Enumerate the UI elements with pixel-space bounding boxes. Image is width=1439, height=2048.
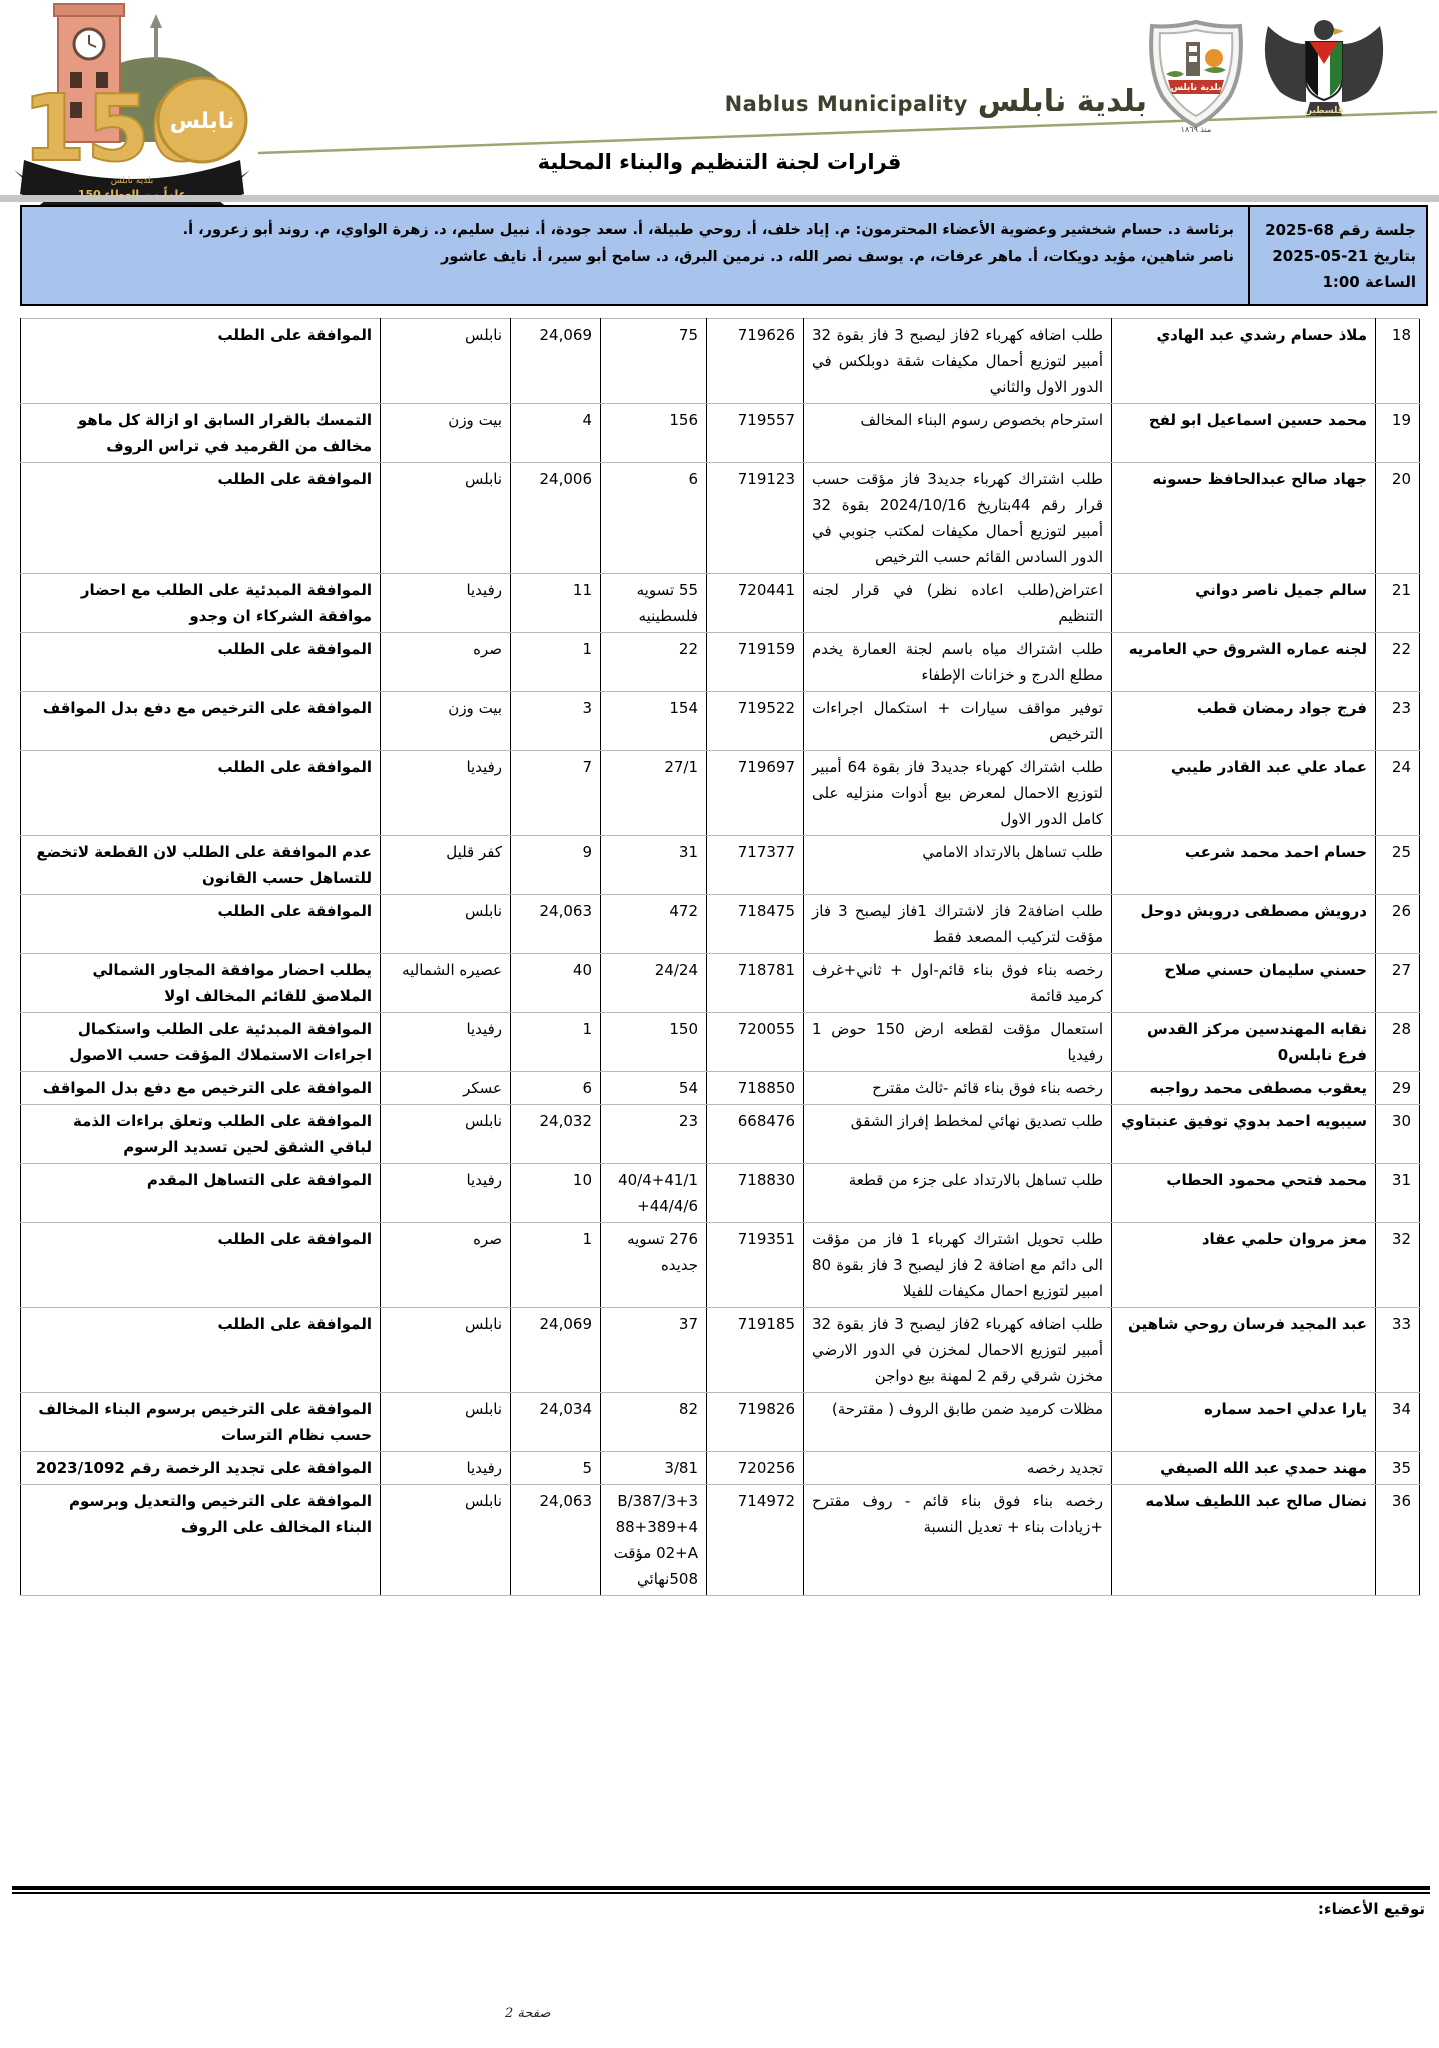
decision-text: الموافقة على الترخيص مع دفع بدل المواقف: [21, 692, 381, 751]
request-text: توفير مواقف سيارات + استكمال اجراءات الت…: [804, 692, 1112, 751]
decision-text: الموافقة على الطلب: [21, 633, 381, 692]
eagle-right-wing: [1265, 26, 1306, 102]
row-number: 34: [1376, 1393, 1420, 1452]
row-number: 19: [1376, 404, 1420, 463]
applicant-name: يارا عدلي احمد سماره: [1112, 1393, 1376, 1452]
application-number: 719351: [707, 1223, 804, 1308]
row-number: 35: [1376, 1452, 1420, 1485]
session-members: برئاسة د. حسام شخشير وعضوية الأعضاء المح…: [22, 207, 1248, 304]
request-text: اعتراض(طلب اعاده نظر) في قرار لجنه التنظ…: [804, 574, 1112, 633]
table-row: 31 محمد فتحي محمود الحطاب طلب تساهل بالا…: [21, 1164, 1420, 1223]
location-name: صره: [381, 1223, 511, 1308]
request-text: طلب تساهل بالارتداد على جزء من قطعة: [804, 1164, 1112, 1223]
decision-text: الموافقة على الترخيص مع دفع بدل المواقف: [21, 1072, 381, 1105]
plot-number: 40/4+41/1+44/4/6: [601, 1164, 707, 1223]
separator-band: [0, 195, 1439, 202]
location-name: كفر قليل: [381, 836, 511, 895]
application-number: 720055: [707, 1013, 804, 1072]
emblem-banner-text: فلسطين: [1304, 106, 1343, 116]
row-number: 27: [1376, 954, 1420, 1013]
decisions-table-wrap: 18 ملاذ حسام رشدي عبد الهادي طلب اضافه ك…: [20, 318, 1419, 1596]
request-text: استعمال مؤقت لقطعه ارض 150 حوض 1 رفيديا: [804, 1013, 1112, 1072]
request-text: طلب اضافة2 فاز لاشتراك 1فاز ليصبح 3 فاز …: [804, 895, 1112, 954]
row-number: 31: [1376, 1164, 1420, 1223]
block-number: 5: [511, 1452, 601, 1485]
block-number: 24,032: [511, 1105, 601, 1164]
applicant-name: نقابه المهندسين مركز القدس فرع نابلس0: [1112, 1013, 1376, 1072]
row-number: 26: [1376, 895, 1420, 954]
plot-number: 23: [601, 1105, 707, 1164]
table-row: 21 سالم جميل ناصر دواني اعتراض(طلب اعاده…: [21, 574, 1420, 633]
plot-number: 37: [601, 1308, 707, 1393]
location-name: نابلس: [381, 1105, 511, 1164]
application-number: 718475: [707, 895, 804, 954]
block-number: 24,006: [511, 463, 601, 574]
table-row: 34 يارا عدلي احمد سماره مظلات كرميد ضمن …: [21, 1393, 1420, 1452]
plot-number: 75: [601, 319, 707, 404]
row-number: 22: [1376, 633, 1420, 692]
decisions-table: 18 ملاذ حسام رشدي عبد الهادي طلب اضافه ك…: [20, 318, 1420, 1596]
block-number: 11: [511, 574, 601, 633]
page-number: صفحة 2: [505, 2006, 550, 2021]
block-number: 1: [511, 1013, 601, 1072]
application-number: 719626: [707, 319, 804, 404]
request-text: استرحام بخصوص رسوم البناء المخالف: [804, 404, 1112, 463]
crest-caption: منذ ١٨٦٩: [1181, 125, 1212, 134]
eagle-left-wing: [1342, 26, 1383, 102]
location-name: عصيره الشماليه: [381, 954, 511, 1013]
plot-number: 27/1: [601, 751, 707, 836]
applicant-name: عماد علي عبد القادر طيبي: [1112, 751, 1376, 836]
nablus-150-anniversary-logo: 150 نابلس بلدية نابلس 150 عاماً من العطا…: [6, 2, 258, 210]
members-line1: برئاسة د. حسام شخشير وعضوية الأعضاء المح…: [32, 217, 1234, 244]
request-text: تجديد رخصه: [804, 1452, 1112, 1485]
application-number: 718781: [707, 954, 804, 1013]
session-time: الساعة 1:00: [1254, 269, 1416, 295]
block-number: 1: [511, 633, 601, 692]
location-name: نابلس: [381, 463, 511, 574]
request-text: طلب اشتراك مياه باسم لجنة العمارة يخدم م…: [804, 633, 1112, 692]
block-number: 24,063: [511, 1485, 601, 1596]
crest-banner-text: بلدية نابلس: [1171, 83, 1222, 93]
block-number: 24,034: [511, 1393, 601, 1452]
block-number: 4: [511, 404, 601, 463]
table-row: 23 فرج جواد رمضان قطب توفير مواقف سيارات…: [21, 692, 1420, 751]
table-row: 33 عبد المجيد فرسان روحي شاهين طلب اضافه…: [21, 1308, 1420, 1393]
block-number: 40: [511, 954, 601, 1013]
document-page: { "header": { "brand_ar": "بلدية نابلس",…: [0, 0, 1439, 2048]
decision-text: الموافقة على الطلب: [21, 1223, 381, 1308]
location-name: عسكر: [381, 1072, 511, 1105]
decision-text: التمسك بالقرار السابق او ازالة كل ماهو م…: [21, 404, 381, 463]
location-name: رفيديا: [381, 1164, 511, 1223]
session-number: جلسة رقم 68-2025: [1254, 217, 1416, 243]
plot-number: 276 تسويه جديده: [601, 1223, 707, 1308]
block-number: 3: [511, 692, 601, 751]
decision-text: الموافقة على الطلب: [21, 463, 381, 574]
request-text: طلب تساهل بالارتداد الامامي: [804, 836, 1112, 895]
request-text: رخصه بناء فوق بناء قائم - روف مقترح +زيا…: [804, 1485, 1112, 1596]
table-row: 35 مهند حمدي عبد الله الصيفي تجديد رخصه …: [21, 1452, 1420, 1485]
plot-number: 472: [601, 895, 707, 954]
request-text: رخصه بناء فوق بناء قائم-اول + ثاني+غرف ك…: [804, 954, 1112, 1013]
plot-number: 3/81: [601, 1452, 707, 1485]
location-name: نابلس: [381, 1485, 511, 1596]
location-name: نابلس: [381, 319, 511, 404]
municipality-crest: بلدية نابلس منذ ١٨٦٩: [1142, 18, 1250, 136]
decision-text: الموافقة على الطلب: [21, 895, 381, 954]
application-number: 720256: [707, 1452, 804, 1485]
decision-text: الموافقة على تجديد الرخصة رقم 2023/1092: [21, 1452, 381, 1485]
decision-text: الموافقة على التساهل المقدم: [21, 1164, 381, 1223]
applicant-name: ملاذ حسام رشدي عبد الهادي: [1112, 319, 1376, 404]
block-number: 9: [511, 836, 601, 895]
applicant-name: عبد المجيد فرسان روحي شاهين: [1112, 1308, 1376, 1393]
session-date: بتاريخ 21-05-2025: [1254, 243, 1416, 269]
location-name: نابلس: [381, 1308, 511, 1393]
location-name: نابلس: [381, 895, 511, 954]
applicant-name: معز مروان حلمي عقاد: [1112, 1223, 1376, 1308]
row-number: 30: [1376, 1105, 1420, 1164]
block-number: 1: [511, 1223, 601, 1308]
plot-number: 55 تسويه فلسطينيه: [601, 574, 707, 633]
application-number: 668476: [707, 1105, 804, 1164]
request-text: طلب تصديق نهائي لمخطط إفراز الشقق: [804, 1105, 1112, 1164]
table-row: 20 جهاد صالح عبدالحافظ حسونه طلب اشتراك …: [21, 463, 1420, 574]
table-row: 32 معز مروان حلمي عقاد طلب تحويل اشتراك …: [21, 1223, 1420, 1308]
table-row: 29 يعقوب مصطفى محمد رواجبه رخصه بناء فوق…: [21, 1072, 1420, 1105]
applicant-name: لجنه عماره الشروق حي العامريه: [1112, 633, 1376, 692]
decisions-rows: 18 ملاذ حسام رشدي عبد الهادي طلب اضافه ك…: [21, 319, 1420, 1596]
application-number: 714972: [707, 1485, 804, 1596]
decision-text: الموافقة على الطلب: [21, 1308, 381, 1393]
block-number: 24,069: [511, 1308, 601, 1393]
block-number: 24,063: [511, 895, 601, 954]
plot-number: 24/24: [601, 954, 707, 1013]
application-number: 718830: [707, 1164, 804, 1223]
applicant-name: جهاد صالح عبدالحافظ حسونه: [1112, 463, 1376, 574]
row-number: 24: [1376, 751, 1420, 836]
members-signature-label: توقيع الأعضاء:: [1318, 1900, 1425, 1918]
location-name: بيت وزن: [381, 692, 511, 751]
table-row: 25 حسام احمد محمد شرعب طلب تساهل بالارتد…: [21, 836, 1420, 895]
decision-text: عدم الموافقة على الطلب لان القطعة لاتخضع…: [21, 836, 381, 895]
applicant-name: درويش مصطفى درويش دوحل: [1112, 895, 1376, 954]
palestine-emblem: فلسطين: [1250, 14, 1398, 122]
applicant-name: حسام احمد محمد شرعب: [1112, 836, 1376, 895]
plot-number: 22: [601, 633, 707, 692]
applicant-name: يعقوب مصطفى محمد رواجبه: [1112, 1072, 1376, 1105]
table-row: 24 عماد علي عبد القادر طيبي طلب اشتراك ك…: [21, 751, 1420, 836]
applicant-name: فرج جواد رمضان قطب: [1112, 692, 1376, 751]
session-meta: جلسة رقم 68-2025 بتاريخ 21-05-2025 الساع…: [1248, 207, 1426, 304]
location-name: رفيديا: [381, 574, 511, 633]
row-number: 28: [1376, 1013, 1420, 1072]
row-number: 33: [1376, 1308, 1420, 1393]
applicant-name: حسني سليمان حسني صلاح: [1112, 954, 1376, 1013]
row-number: 32: [1376, 1223, 1420, 1308]
ribbon-line1: بلدية نابلس: [111, 176, 154, 186]
row-number: 36: [1376, 1485, 1420, 1596]
decision-text: الموافقة على الترخيص والتعديل وبرسوم الب…: [21, 1485, 381, 1596]
decision-text: الموافقة على الطلب: [21, 751, 381, 836]
table-row: 19 محمد حسين اسماعيل ابو لفح استرحام بخص…: [21, 404, 1420, 463]
page-title: قرارات لجنة التنظيم والبناء المحلية: [0, 150, 1439, 174]
table-row: 28 نقابه المهندسين مركز القدس فرع نابلس0…: [21, 1013, 1420, 1072]
request-text: طلب اضافه كهرباء 2فاز ليصبح 3 فاز بقوة 3…: [804, 319, 1112, 404]
logo-inner-word: نابلس: [170, 109, 235, 134]
plot-number: 31: [601, 836, 707, 895]
block-number: 7: [511, 751, 601, 836]
eagle-head: [1314, 20, 1334, 40]
location-name: رفيديا: [381, 751, 511, 836]
applicant-name: نضال صالح عبد اللطيف سلامه: [1112, 1485, 1376, 1596]
plot-number: 154: [601, 692, 707, 751]
plot-number: 6: [601, 463, 707, 574]
applicant-name: محمد حسين اسماعيل ابو لفح: [1112, 404, 1376, 463]
application-number: 718850: [707, 1072, 804, 1105]
plot-number: 54: [601, 1072, 707, 1105]
request-text: طلب اشتراك كهرباء جديد3 فاز مؤقت حسب قرا…: [804, 463, 1112, 574]
decision-text: الموافقة المبدئية على الطلب واستكمال اجر…: [21, 1013, 381, 1072]
row-number: 25: [1376, 836, 1420, 895]
request-text: رخصه بناء فوق بناء قائم -ثالث مقترح: [804, 1072, 1112, 1105]
table-row: 22 لجنه عماره الشروق حي العامريه طلب اشت…: [21, 633, 1420, 692]
request-text: مظلات كرميد ضمن طابق الروف ( مقترحة): [804, 1393, 1112, 1452]
application-number: 720441: [707, 574, 804, 633]
location-name: نابلس: [381, 1393, 511, 1452]
application-number: 719123: [707, 463, 804, 574]
request-text: طلب اشتراك كهرباء جديد3 فاز بقوة 64 أمبي…: [804, 751, 1112, 836]
decision-text: الموافقة المبدئية على الطلب مع احضار موا…: [21, 574, 381, 633]
plot-number: B/387/3+388+389+402+A مؤقت 508نهائي: [601, 1485, 707, 1596]
row-number: 20: [1376, 463, 1420, 574]
crest-sun: [1205, 49, 1223, 67]
application-number: 719557: [707, 404, 804, 463]
plot-number: 82: [601, 1393, 707, 1452]
decision-text: الموافقة على الطلب وتعلق براءات الذمة لب…: [21, 1105, 381, 1164]
applicant-name: محمد فتحي محمود الحطاب: [1112, 1164, 1376, 1223]
location-name: رفيديا: [381, 1013, 511, 1072]
block-number: 10: [511, 1164, 601, 1223]
row-number: 23: [1376, 692, 1420, 751]
block-number: 6: [511, 1072, 601, 1105]
plot-number: 150: [601, 1013, 707, 1072]
application-number: 719159: [707, 633, 804, 692]
session-info-box: جلسة رقم 68-2025 بتاريخ 21-05-2025 الساع…: [20, 205, 1428, 306]
application-number: 719697: [707, 751, 804, 836]
brand-arabic: بلدية نابلس: [978, 84, 1147, 119]
application-number: 719826: [707, 1393, 804, 1452]
request-text: طلب اضافه كهرباء 2فاز ليصبح 3 فاز بقوة 3…: [804, 1308, 1112, 1393]
application-number: 717377: [707, 836, 804, 895]
row-number: 18: [1376, 319, 1420, 404]
table-row: 36 نضال صالح عبد اللطيف سلامه رخصه بناء …: [21, 1485, 1420, 1596]
location-name: بيت وزن: [381, 404, 511, 463]
members-line2: ناصر شاهين، مؤيد دويكات، أ. ماهر عرفات، …: [32, 244, 1234, 271]
location-name: رفيديا: [381, 1452, 511, 1485]
footer-double-rule: [12, 1886, 1430, 1894]
table-row: 30 سيبويه احمد بدوي توفيق عنبتاوي طلب تص…: [21, 1105, 1420, 1164]
applicant-name: مهند حمدي عبد الله الصيفي: [1112, 1452, 1376, 1485]
table-row: 27 حسني سليمان حسني صلاح رخصه بناء فوق ب…: [21, 954, 1420, 1013]
location-name: صره: [381, 633, 511, 692]
brand-english: Nablus Municipality: [725, 92, 968, 116]
municipality-brand: بلدية نابلس Nablus Municipality: [725, 84, 1147, 119]
application-number: 719522: [707, 692, 804, 751]
applicant-name: سيبويه احمد بدوي توفيق عنبتاوي: [1112, 1105, 1376, 1164]
application-number: 719185: [707, 1308, 804, 1393]
decision-text: الموافقة على الترخيص برسوم البناء المخال…: [21, 1393, 381, 1452]
row-number: 29: [1376, 1072, 1420, 1105]
request-text: طلب تحويل اشتراك كهرباء 1 فاز من مؤقت ال…: [804, 1223, 1112, 1308]
table-row: 18 ملاذ حسام رشدي عبد الهادي طلب اضافه ك…: [21, 319, 1420, 404]
block-number: 24,069: [511, 319, 601, 404]
row-number: 21: [1376, 574, 1420, 633]
table-row: 26 درويش مصطفى درويش دوحل طلب اضافة2 فاز…: [21, 895, 1420, 954]
decision-text: يطلب احضار موافقة المجاور الشمالي الملاص…: [21, 954, 381, 1013]
applicant-name: سالم جميل ناصر دواني: [1112, 574, 1376, 633]
decision-text: الموافقة على الطلب: [21, 319, 381, 404]
plot-number: 156: [601, 404, 707, 463]
